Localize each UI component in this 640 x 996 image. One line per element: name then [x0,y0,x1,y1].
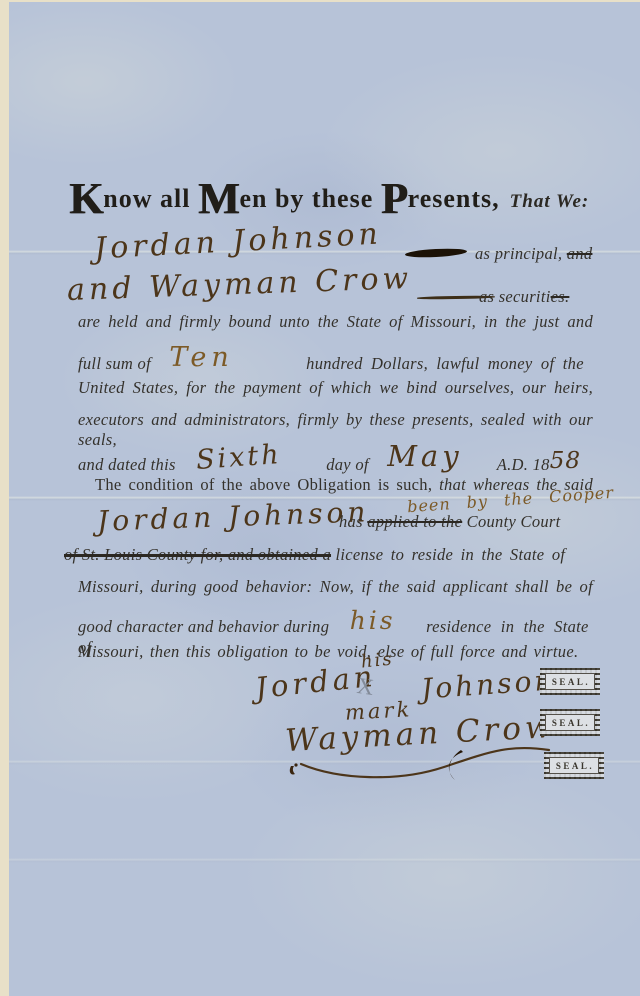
document-heading: Know all Men by these Presents,That We: [69,184,609,214]
seal-stamp: SEAL. [544,752,604,779]
heading-segment: resents, [408,184,500,213]
applicant-name-handwritten: Jordan Johnson [97,495,370,537]
year-handwritten: 58 [550,448,581,474]
condition-line-11: Missouri, then this obligation to be voi… [78,642,593,662]
day-handwritten: Sixth [195,439,283,476]
dated-this-label: and dated this [78,455,176,474]
seal-label: SEAL. [549,757,599,774]
body-line-5: and dated this Sixth day of May A.D. 185… [78,443,593,477]
condition-line-6a: The condition of the above Obligation is… [95,475,432,494]
condition-line-10a: good character and behavior during [78,617,329,636]
condition-line-7a: has [339,512,363,531]
condition-line-8: of St. Louis County for, and obtained a … [64,545,601,565]
drop-cap-m: M [198,174,240,223]
body-line-2b: hundred Dollars, lawful money of the [306,354,584,373]
body-line-3: United States, for the payment of which … [78,378,593,398]
security-name-handwritten: and Wayman Crow [66,261,412,308]
seal-stamp: SEAL. [540,668,600,695]
day-of-label: day of [326,455,369,474]
condition-line-7b: County Court [467,512,561,531]
security-struck-suffix: es. [551,287,570,306]
document-paper: Know all Men by these Presents,That We: … [9,2,640,996]
heading-segment: en by these [239,184,380,213]
seal-label: SEAL. [545,714,595,731]
seal-stamp: SEAL. [540,709,600,736]
heading-that-we: That We: [510,191,590,212]
x-mark: X [355,673,375,701]
drop-cap-p: P [381,174,408,223]
principal-name-handwritten: Jordan Johnson [93,216,382,266]
signature-johnson: Johnson [420,663,556,705]
principal-struck-word: and [567,244,593,263]
seal-label: SEAL. [545,673,595,690]
security-label-line: as securities. [479,287,605,307]
signature-his-label: his [360,648,395,672]
fold-crease [9,858,640,863]
principal-label-line: as principal, and [475,244,605,264]
heading-text: Know all Men by these Presents, [69,184,500,213]
heading-segment: now all [103,184,198,213]
ad-year-printed: A.D. 18 [497,455,550,474]
security-label: as securiti [479,287,551,306]
condition-line-7: has applied to the County Court [339,512,601,532]
condition-line-9: Missouri, during good behavior: Now, if … [78,577,593,597]
sum-amount-handwritten: Ten [169,342,233,373]
condition-line-8b: license to reside in the State of [335,545,565,564]
signature-flourish [239,712,569,792]
month-handwritten: May [387,439,462,473]
struck-applied-to-the: applied to the [367,512,462,531]
body-line-2a: full sum of [78,354,151,373]
struck-st-louis-county: of St. Louis County for, and obtained a [64,545,331,564]
pronoun-handwritten: his [350,606,396,635]
drop-cap-k: K [69,174,103,223]
body-line-1: are held and firmly bound unto the State… [78,312,593,332]
body-line-2: full sum of Ten hundred Dollars, lawful … [78,345,593,376]
principal-label: as principal, [475,244,562,263]
